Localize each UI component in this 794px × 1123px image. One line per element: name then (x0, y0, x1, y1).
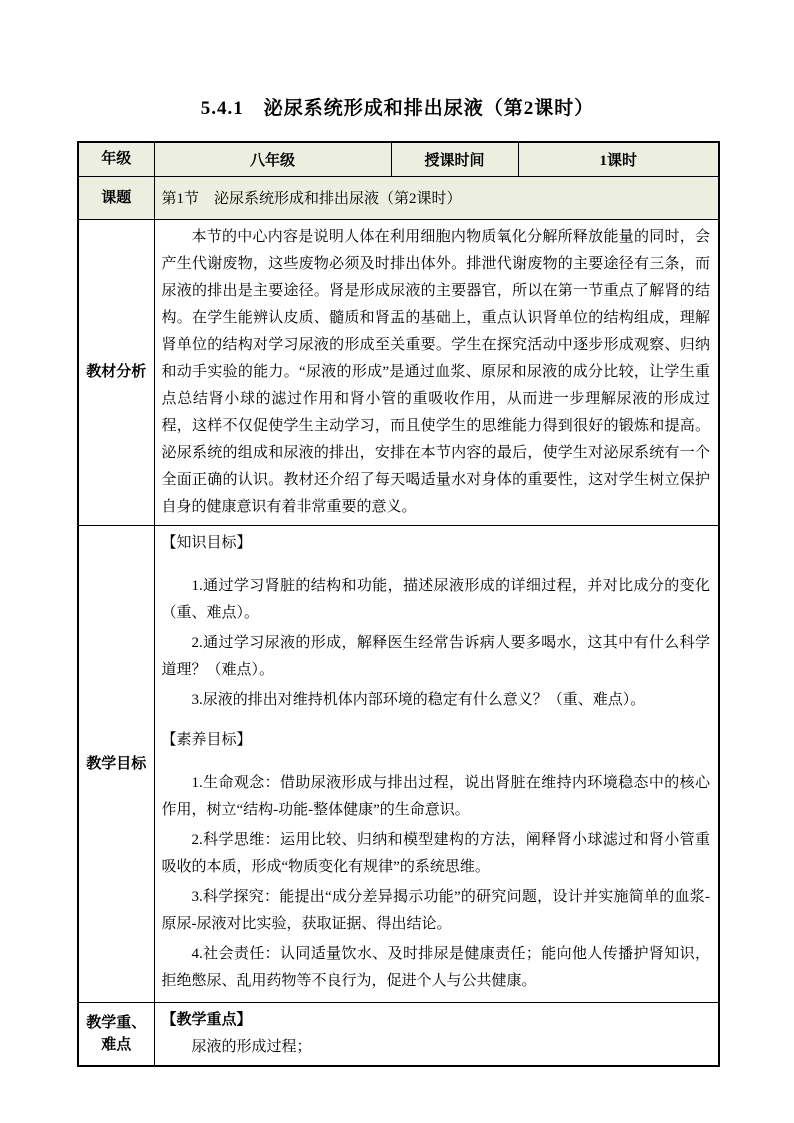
literacy-objectives-header: 【素养目标】 (162, 727, 711, 754)
teaching-time-label: 授课时间 (391, 142, 518, 176)
literacy-objective-item: 1.生命观念：借助尿液形成与排出过程，说出肾脏在维持内环境稳态中的核心作用，树立… (162, 770, 711, 824)
topic-row: 课题 第1节 泌尿系统形成和排出尿液（第2课时） (78, 176, 719, 219)
key-points-content: 【教学重点】 尿液的形成过程； (154, 1002, 719, 1066)
key-points-label-line1: 教学重、 (81, 1012, 152, 1034)
literacy-objective-item: 2.科学思维：运用比较、归纳和模型建构的方法，阐释肾小球滤过和肾小管重吸收的本质… (162, 827, 711, 881)
lesson-plan-table: 年级 八年级 授课时间 1课时 课题 第1节 泌尿系统形成和排出尿液（第2课时）… (77, 141, 720, 1067)
key-points-row: 教学重、 难点 【教学重点】 尿液的形成过程； (78, 1002, 719, 1066)
material-analysis-text: 本节的中心内容是说明人体在利用细胞内物质氧化分解所释放能量的同时，会产生代谢废物… (162, 224, 711, 521)
knowledge-objective-item: 3.尿液的排出对维持机体内部环境的稳定有什么意义？（重、难点）。 (162, 687, 711, 714)
key-points-label: 教学重、 难点 (78, 1002, 154, 1066)
literacy-objective-item: 4.社会责任：认同适量饮水、及时排尿是健康责任；能向他人传播护肾知识，拒绝憋尿、… (162, 941, 711, 995)
key-points-label-line2: 难点 (81, 1034, 152, 1056)
page-title: 5.4.1 泌尿系统形成和排出尿液（第2课时） (77, 93, 718, 120)
objectives-content: 【知识目标】 1.通过学习肾脏的结构和功能，描述尿液形成的详细过程，并对比成分的… (154, 525, 719, 1002)
material-analysis-content: 本节的中心内容是说明人体在利用细胞内物质氧化分解所释放能量的同时，会产生代谢废物… (154, 219, 719, 525)
grade-label: 年级 (78, 142, 154, 176)
key-points-header: 【教学重点】 (162, 1007, 711, 1034)
header-row: 年级 八年级 授课时间 1课时 (78, 142, 719, 176)
grade-value: 八年级 (154, 142, 391, 176)
objectives-label: 教学目标 (78, 525, 154, 1002)
knowledge-objective-item: 1.通过学习肾脏的结构和功能，描述尿液形成的详细过程，并对比成分的变化（重、难点… (162, 573, 711, 627)
material-analysis-label: 教材分析 (78, 219, 154, 525)
literacy-objective-item: 3.科学探究：能提出“成分差异揭示功能”的研究问题，设计并实施简单的血浆-原尿-… (162, 884, 711, 938)
knowledge-objectives-header: 【知识目标】 (162, 530, 711, 557)
teaching-time-value: 1课时 (518, 142, 719, 176)
objectives-row: 教学目标 【知识目标】 1.通过学习肾脏的结构和功能，描述尿液形成的详细过程，并… (78, 525, 719, 1002)
material-analysis-row: 教材分析 本节的中心内容是说明人体在利用细胞内物质氧化分解所释放能量的同时，会产… (78, 219, 719, 525)
knowledge-objective-item: 2.通过学习尿液的形成，解释医生经常告诉病人要多喝水，这其中有什么科学道理？（难… (162, 630, 711, 684)
key-points-text: 尿液的形成过程； (162, 1034, 711, 1061)
topic-value: 第1节 泌尿系统形成和排出尿液（第2课时） (154, 176, 719, 219)
topic-label: 课题 (78, 176, 154, 219)
